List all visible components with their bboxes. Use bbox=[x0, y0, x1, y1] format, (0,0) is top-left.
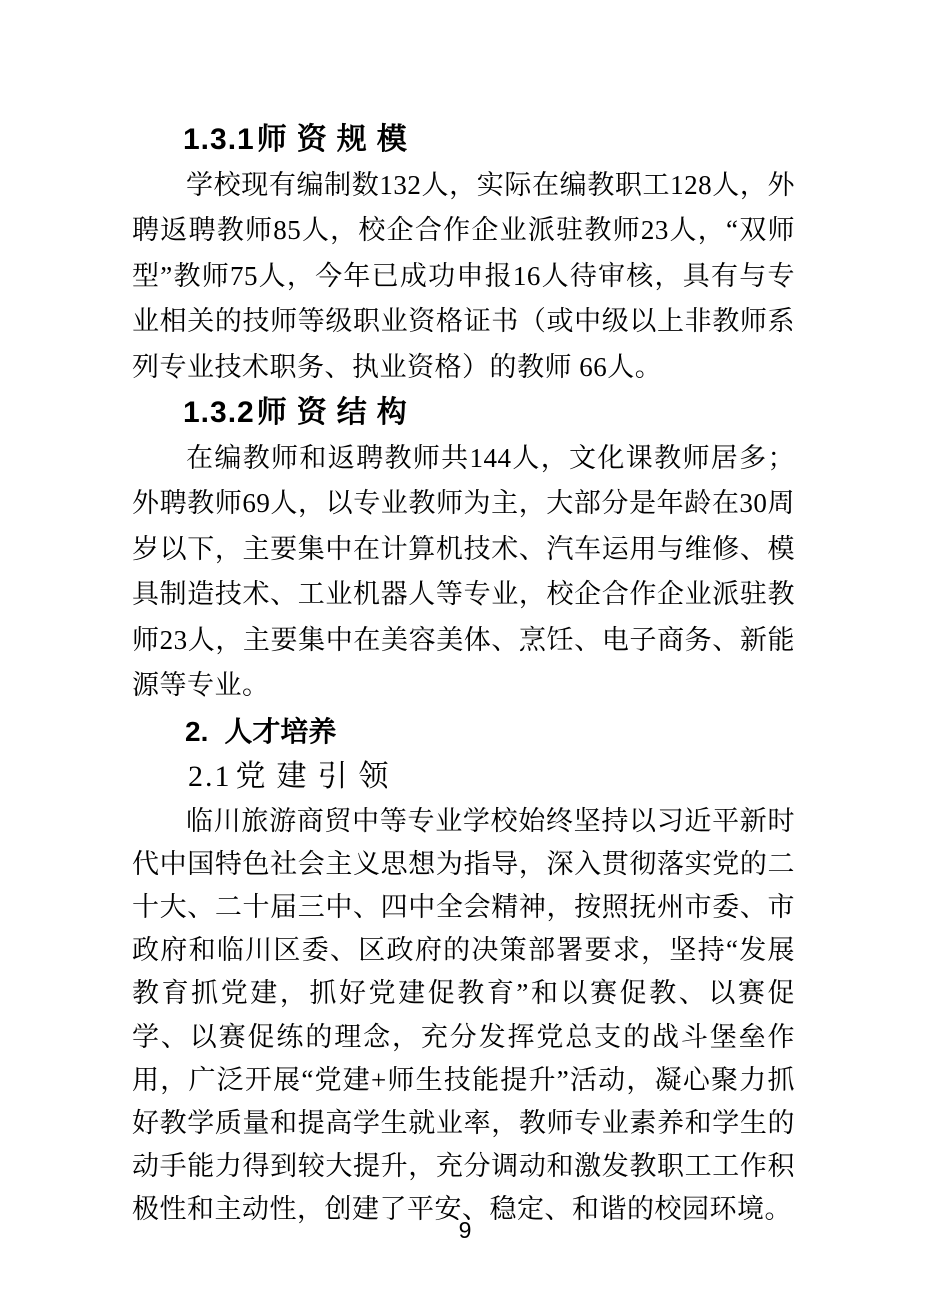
paragraph-staff-size: 学校现有编制数132人，实际在编教职工128人，外聘返聘教师85人，校企合作企业… bbox=[132, 163, 795, 391]
heading-title: 师资结构 bbox=[257, 396, 417, 429]
heading-number: 1.3.1 bbox=[183, 123, 255, 156]
heading-number: 2. bbox=[185, 716, 208, 747]
page-number: 9 bbox=[0, 1216, 930, 1244]
heading-title: 人才培养 bbox=[224, 716, 336, 747]
heading-number: 1.3.2 bbox=[183, 396, 255, 429]
paragraph-party-building: 临川旅游商贸中等专业学校始终坚持以习近平新时代中国特色社会主义思想为指导，深入贯… bbox=[132, 800, 795, 1232]
heading-number: 2.1 bbox=[188, 760, 232, 793]
heading-1-3-2-staff-structure: 1.3.2师资结构 bbox=[183, 390, 795, 436]
paragraph-staff-structure: 在编教师和返聘教师共144人，文化课教师居多；外聘教师69人，以专业教师为主，大… bbox=[132, 436, 795, 709]
document-page: 1.3.1师资规模 学校现有编制数132人，实际在编教职工128人，外聘返聘教师… bbox=[0, 0, 930, 1315]
heading-title: 党建引领 bbox=[236, 760, 400, 793]
heading-2-1-party-building: 2.1党建引领 bbox=[188, 754, 795, 800]
page-content: 1.3.1师资规模 学校现有编制数132人，实际在编教职工128人，外聘返聘教师… bbox=[132, 117, 795, 1232]
heading-2-talent-cultivation: 2.人才培养 bbox=[185, 709, 795, 755]
heading-1-3-1-staff-size: 1.3.1师资规模 bbox=[183, 117, 795, 163]
heading-title: 师资规模 bbox=[257, 123, 417, 156]
